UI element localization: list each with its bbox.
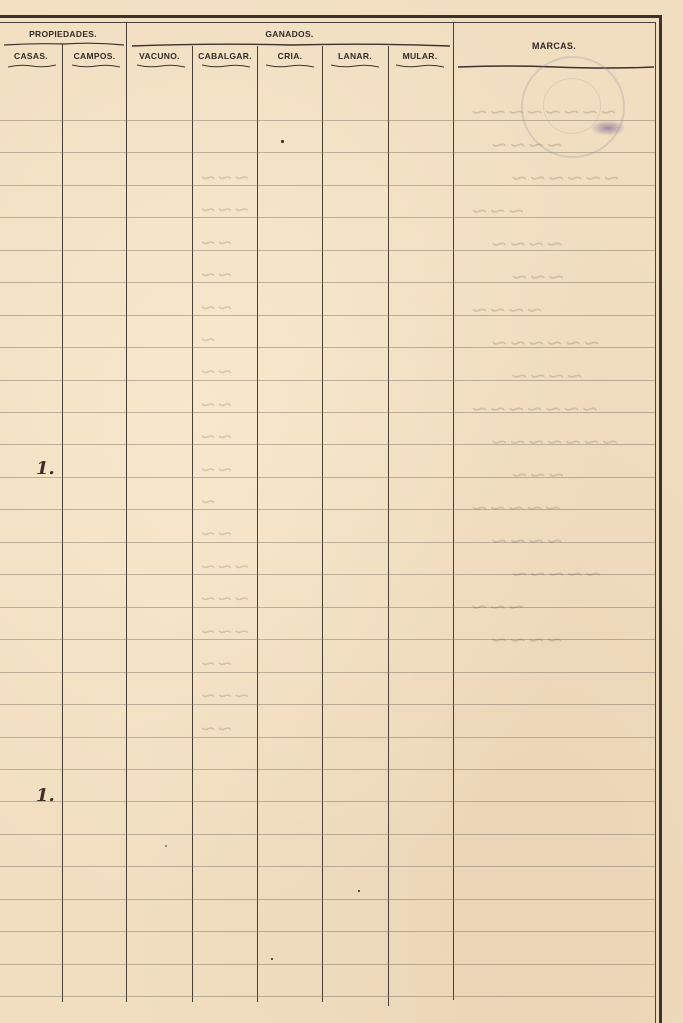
ruled-line xyxy=(0,704,655,705)
ghost-number: ~~~ xyxy=(197,619,252,643)
ghost-line: ~~~ xyxy=(467,595,528,620)
casas-wave xyxy=(8,63,56,69)
mular-wave xyxy=(396,63,444,69)
ghost-number: ~~ xyxy=(197,230,236,254)
header-propiedades: PROPIEDADES. xyxy=(0,29,126,39)
ink-speck xyxy=(271,958,273,960)
ghost-line: ~~~~~~~ xyxy=(487,430,621,455)
ghost-line: ~~~~~~ xyxy=(487,331,603,356)
ghost-number: ~~~ xyxy=(197,165,252,189)
cria-wave xyxy=(266,63,314,69)
rule-cria-lanar xyxy=(322,46,323,1002)
ghost-line: ~~~ xyxy=(507,265,568,290)
campos-wave xyxy=(72,63,120,69)
ruled-line xyxy=(0,931,655,932)
ghost-number: ~~ xyxy=(197,424,236,448)
cabalgar-wave xyxy=(202,63,250,69)
ruled-line xyxy=(0,217,655,218)
ruled-line xyxy=(0,996,655,997)
ghost-line: ~~~ xyxy=(467,199,528,224)
ganados-underline xyxy=(132,42,450,48)
rule-cabalgar-cria xyxy=(257,46,258,1002)
ruled-line xyxy=(0,769,655,770)
right-border-thin xyxy=(655,22,656,1023)
ledger-page: PROPIEDADES. GANADOS. MARCAS. CASAS. CAM… xyxy=(0,0,683,1023)
col-lanar: LANAR. xyxy=(323,51,387,61)
ghost-number: ~~~ xyxy=(197,554,252,578)
ruled-line xyxy=(0,801,655,802)
ruled-line xyxy=(0,737,655,738)
top-border-thin xyxy=(0,22,656,23)
lanar-wave xyxy=(331,63,379,69)
ruled-line xyxy=(0,834,655,835)
rule-casas-campos xyxy=(62,44,63,1002)
top-border-thick xyxy=(0,15,662,18)
ghost-number: ~~~ xyxy=(197,683,252,707)
ruled-line xyxy=(0,964,655,965)
propiedades-underline xyxy=(4,41,124,47)
vacuno-wave xyxy=(137,63,185,69)
rule-vacuno-cabalgar xyxy=(192,46,193,1002)
ruled-line xyxy=(0,672,655,673)
rule-lanar-mular xyxy=(388,46,389,1006)
ghost-number: ~~ xyxy=(197,651,236,675)
ghost-number: ~~ xyxy=(197,262,236,286)
ghost-number: ~~ xyxy=(197,359,236,383)
casas-mark-1: 1. xyxy=(36,458,55,479)
ghost-line: ~~~~~~~ xyxy=(467,397,601,422)
header-ganados: GANADOS. xyxy=(127,29,452,39)
ghost-line: ~~~~ xyxy=(467,298,546,323)
ghost-line: ~~~~~~ xyxy=(507,166,623,191)
ghost-line: ~~~~~~~~ xyxy=(467,100,620,125)
header-marcas: MARCAS. xyxy=(453,41,655,51)
ghost-number: ~~ xyxy=(197,392,236,416)
rule-propiedades-ganados xyxy=(126,22,127,1002)
col-cabalgar: CABALGAR. xyxy=(193,51,257,61)
ruled-line xyxy=(0,866,655,867)
ghost-line: ~~~ xyxy=(507,463,568,488)
ghost-line: ~~~~ xyxy=(487,628,566,653)
right-border-thick xyxy=(659,15,662,1023)
ruled-line xyxy=(0,315,655,316)
ghost-line: ~~~~ xyxy=(487,133,566,158)
ghost-number: ~~ xyxy=(197,716,236,740)
ghost-line: ~~~~ xyxy=(487,529,566,554)
rule-ganados-marcas xyxy=(453,22,454,1000)
ghost-number: ~~ xyxy=(197,457,236,481)
ink-speck xyxy=(281,140,284,143)
col-vacuno: VACUNO. xyxy=(127,51,192,61)
ink-speck xyxy=(165,845,167,847)
ghost-line: ~~~~~ xyxy=(507,562,604,587)
col-mular: MULAR. xyxy=(388,51,452,61)
ghost-line: ~~~~ xyxy=(507,364,586,389)
ruled-line xyxy=(0,899,655,900)
ghost-line: ~~~~~ xyxy=(467,496,564,521)
ghost-number: ~~~ xyxy=(197,586,252,610)
ghost-number: ~~~ xyxy=(197,197,252,221)
ghost-number: ~~ xyxy=(197,295,236,319)
casas-mark-2: 1. xyxy=(36,785,55,806)
ghost-line: ~~~~ xyxy=(487,232,566,257)
col-cria: CRIA. xyxy=(258,51,322,61)
col-casas: CASAS. xyxy=(0,51,62,61)
ink-speck xyxy=(358,890,360,892)
ruled-line xyxy=(0,607,655,608)
ghost-number: ~~ xyxy=(197,521,236,545)
col-campos: CAMPOS. xyxy=(63,51,126,61)
